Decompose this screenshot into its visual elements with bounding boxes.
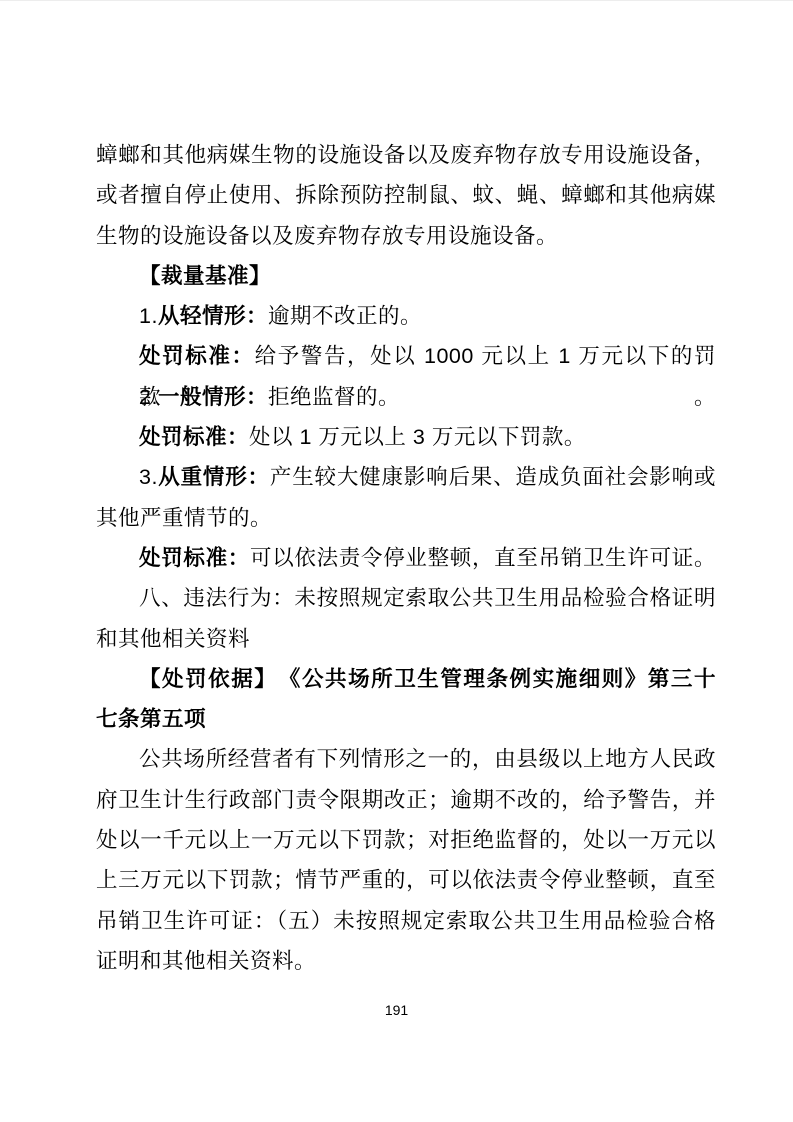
text-segment: 2. (139, 385, 158, 409)
bold-text-segment: 从轻情形： (158, 304, 268, 328)
text-line: 证明和其他相关资料。 (96, 941, 716, 981)
text-segment: 或者擅自停止使用、拆除预防控制鼠、蚊、蝇、蟑螂和其他病媒 (96, 183, 716, 207)
text-line: 吊销卫生许可证：（五）未按照规定索取公共卫生用品检验合格 (96, 901, 716, 941)
text-segment: 拒绝监督的。 (268, 385, 400, 409)
bold-text-segment: 处罚标准： (139, 546, 250, 570)
bold-text-segment: 处罚标准： (139, 344, 255, 368)
text-segment: 和其他相关资料 (96, 627, 250, 651)
text-line: 【裁量基准】 (96, 256, 716, 296)
bold-text-segment: 一般情形： (158, 385, 268, 409)
text-line: 府卫生计生行政部门责令限期改正；逾期不改的，给予警告，并 (96, 780, 716, 820)
text-segment: 公共场所经营者有下列情形之一的，由县级以上地方人民政 (139, 747, 716, 771)
text-line: 八、违法行为：未按照规定索取公共卫生用品检验合格证明 (96, 578, 716, 618)
text-segment: 3. (139, 465, 158, 489)
document-lines: 蟑螂和其他病媒生物的设施设备以及废弃物存放专用设施设备，或者擅自停止使用、拆除预… (96, 135, 716, 981)
text-line: 【处罚依据】 《公共场所卫生管理条例实施细则》第三十 (96, 659, 716, 699)
text-line: 和其他相关资料 (96, 619, 716, 659)
text-line: 公共场所经营者有下列情形之一的，由县级以上地方人民政 (96, 739, 716, 779)
text-line: 1.从轻情形：逾期不改正的。 (96, 296, 716, 336)
text-segment: 蟑螂和其他病媒生物的设施设备以及废弃物存放专用设施设备， (96, 143, 716, 167)
text-line: 处罚标准：可以依法责令停业整顿，直至吊销卫生许可证。 (96, 538, 716, 578)
text-segment: 证明和其他相关资料。 (96, 949, 316, 973)
page-number: 191 (0, 1001, 793, 1019)
text-segment: 上三万元以下罚款；情节严重的，可以依法责令停业整顿，直至 (96, 868, 716, 892)
bold-text-segment: 处罚标准： (139, 425, 249, 449)
text-line: 蟑螂和其他病媒生物的设施设备以及废弃物存放专用设施设备， (96, 135, 716, 175)
document-page: 蟑螂和其他病媒生物的设施设备以及废弃物存放专用设施设备，或者擅自停止使用、拆除预… (0, 0, 793, 1122)
text-segment: 处以 1 万元以上 3 万元以下罚款。 (249, 425, 586, 449)
text-line: 其他严重情节的。 (96, 498, 716, 538)
text-line: 或者擅自停止使用、拆除预防控制鼠、蚊、蝇、蟑螂和其他病媒 (96, 175, 716, 215)
text-segment: 生物的设施设备以及废弃物存放专用设施设备。 (96, 224, 558, 248)
text-segment: 其他严重情节的。 (96, 506, 272, 530)
text-segment: 八、违法行为：未按照规定索取公共卫生用品检验合格证明 (139, 586, 716, 610)
bold-text-segment: 【处罚依据】 《公共场所卫生管理条例实施细则》第三十 (139, 667, 716, 691)
text-segment: 府卫生计生行政部门责令限期改正；逾期不改的，给予警告，并 (96, 788, 716, 812)
text-line: 处罚标准：处以 1 万元以上 3 万元以下罚款。 (96, 417, 716, 457)
text-line: 3.从重情形：产生较大健康影响后果、造成负面社会影响或 (96, 457, 716, 497)
text-segment: 逾期不改正的。 (268, 304, 422, 328)
text-line: 生物的设施设备以及废弃物存放专用设施设备。 (96, 216, 716, 256)
text-line: 七条第五项 (96, 699, 716, 739)
bold-text-segment: 七条第五项 (96, 707, 206, 731)
page-top-edge (0, 0, 793, 1)
bold-text-segment: 从重情形： (158, 465, 270, 489)
text-segment: 1. (139, 304, 158, 328)
text-line: 上三万元以下罚款；情节严重的，可以依法责令停业整顿，直至 (96, 860, 716, 900)
text-segment: 吊销卫生许可证：（五）未按照规定索取公共卫生用品检验合格 (96, 909, 716, 933)
text-segment: 产生较大健康影响后果、造成负面社会影响或 (270, 465, 716, 489)
text-line: 处罚标准：给予警告，处以 1000 元以上 1 万元以下的罚款。 (96, 336, 716, 376)
bold-text-segment: 【裁量基准】 (139, 264, 271, 288)
text-segment: 处以一千元以上一万元以下罚款；对拒绝监督的，处以一万元以 (96, 828, 716, 852)
text-line: 处以一千元以上一万元以下罚款；对拒绝监督的，处以一万元以 (96, 820, 716, 860)
text-segment: 可以依法责令停业整顿，直至吊销卫生许可证。 (250, 546, 716, 570)
